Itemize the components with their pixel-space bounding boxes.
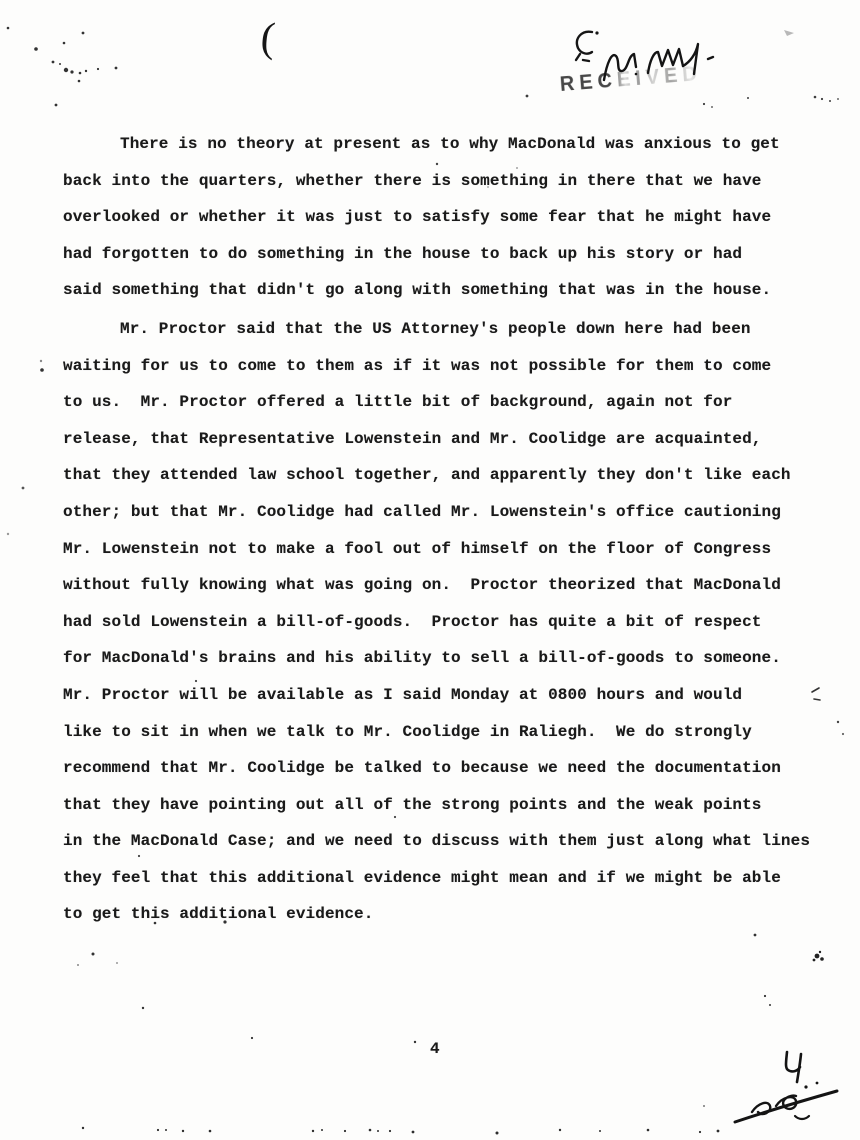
- cursive-scribble-c: [576, 31, 599, 61]
- document-line: Mr. Lowenstein not to make a fool out of…: [63, 531, 838, 568]
- document-line: said something that didn't go along with…: [63, 272, 838, 309]
- faint-smudge: [784, 30, 794, 36]
- document-line: that they attended law school together, …: [63, 457, 838, 494]
- scan-noise-left-margin: [7, 360, 44, 535]
- scan-noise-bottom-edge: [82, 1127, 720, 1135]
- received-stamp: RECEIVED: [559, 62, 703, 97]
- scanned-document-page: ( RECEIVED There is no theory at present…: [0, 0, 860, 1140]
- crossed-out-scribble: [735, 1082, 837, 1122]
- handwritten-4: [786, 1052, 801, 1082]
- document-line: to get this additional evidence.: [63, 896, 838, 933]
- document-line: Mr. Proctor said that the US Attorney's …: [63, 311, 838, 348]
- stray-paren-mark: (: [259, 13, 277, 62]
- document-line: other; but that Mr. Coolidge had called …: [63, 494, 838, 531]
- ink-blot: [813, 951, 824, 962]
- document-line: back into the quarters, whether there is…: [63, 163, 838, 200]
- page-number: 4: [430, 1040, 440, 1058]
- document-body: There is no theory at present as to why …: [63, 126, 838, 933]
- document-line: for MacDonald's brains and his ability t…: [63, 640, 838, 677]
- document-line: had forgotten to do something in the hou…: [63, 236, 838, 273]
- document-line: they feel that this additional evidence …: [63, 860, 838, 897]
- scan-noise-bottom-area: [77, 920, 771, 1107]
- document-line: There is no theory at present as to why …: [63, 126, 838, 163]
- document-line: in the MacDonald Case; and we need to di…: [63, 823, 838, 860]
- scan-noise-top-left: [7, 27, 118, 107]
- document-line: without fully knowing what was going on.…: [63, 567, 838, 604]
- document-line: to us. Mr. Proctor offered a little bit …: [63, 384, 838, 421]
- document-line: like to sit in when we talk to Mr. Cooli…: [63, 714, 838, 751]
- stamp-noise-dots: [526, 95, 839, 108]
- document-line: release, that Representative Lowenstein …: [63, 421, 838, 458]
- document-line: overlooked or whether it was just to sat…: [63, 199, 838, 236]
- document-line: had sold Lowenstein a bill-of-goods. Pro…: [63, 604, 838, 641]
- document-line: waiting for us to come to them as if it …: [63, 348, 838, 385]
- document-line: that they have pointing out all of the s…: [63, 787, 838, 824]
- document-line: recommend that Mr. Coolidge be talked to…: [63, 750, 838, 787]
- document-line: Mr. Proctor will be available as I said …: [63, 677, 838, 714]
